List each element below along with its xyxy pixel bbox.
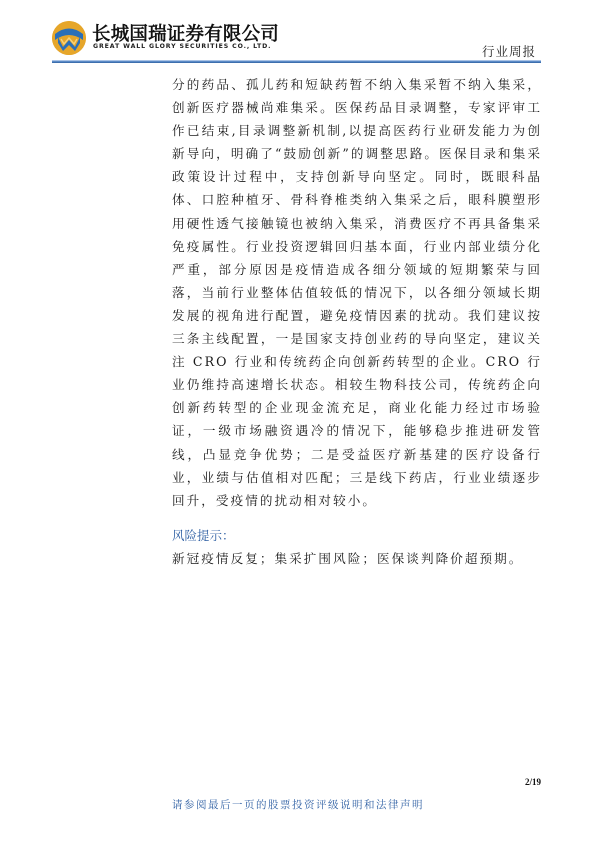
report-type-label: 行业周报	[482, 42, 536, 60]
footer-disclaimer: 请参阅最后一页的股票投资评级说明和法律声明	[0, 797, 596, 812]
body-paragraph: 分的药品、孤儿药和短缺药暂不纳入集采暂不纳入集采，创新医疗器械尚难集采。医保药品…	[172, 73, 542, 512]
risk-text: 新冠疫情反复；集采扩围风险；医保谈判降价超预期。	[172, 549, 542, 569]
document-body: 分的药品、孤儿药和短缺药暂不纳入集采暂不纳入集采，创新医疗器械尚难集采。医保药品…	[172, 73, 542, 569]
header-divider	[52, 60, 541, 63]
page-number: 2/19	[525, 777, 541, 787]
company-logo-icon	[52, 21, 86, 55]
risk-heading: 风险提示：	[172, 526, 542, 546]
company-name-en: GREAT WALL GLORY SECURITIES CO., LTD.	[93, 43, 271, 50]
page-header: 长城国瑞证券有限公司 GREAT WALL GLORY SECURITIES C…	[0, 0, 596, 70]
